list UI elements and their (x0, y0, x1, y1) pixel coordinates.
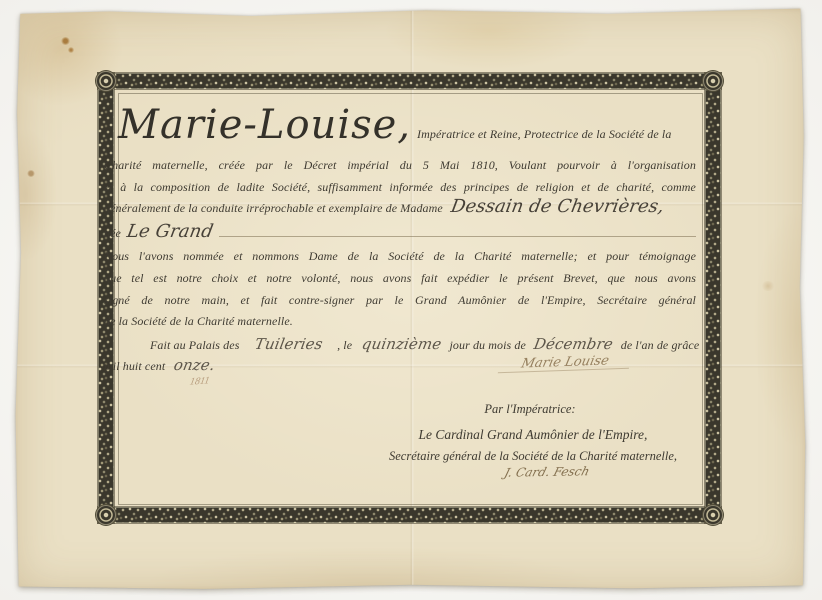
photo-surface: Marie-Louise,Impératrice et Reine, Prote… (0, 0, 822, 600)
recipient-name-handwritten: Dessain de Chevrières, (449, 199, 665, 215)
body-line-6: Nous l'avons nommée et nommons Dame de l… (104, 248, 696, 264)
countersign-line-2: Secrétaire général de la Société de la C… (363, 449, 703, 464)
countersign-heading: Par l'Impératrice: (410, 402, 650, 417)
month-handwritten: Décembre (533, 336, 615, 352)
body-line-3: et à la composition de ladite Société, s… (104, 179, 696, 195)
body-line-7: que tel est notre choix et notre volonté… (104, 270, 696, 286)
dateline-printed-4: de l'an de grâce (621, 337, 699, 353)
dateline-printed-1: Fait au Palais des (150, 337, 239, 353)
day-handwritten: quinzième (361, 336, 443, 352)
corner-rosette-top-right (703, 71, 723, 91)
body-line-5-printed: née (104, 225, 121, 241)
year-handwritten: onze. (173, 357, 217, 373)
parchment-wrap: Marie-Louise,Impératrice et Reine, Prote… (14, 8, 806, 590)
dateline-printed-2: , le (337, 337, 352, 353)
title-script-name: Marie-Louise, (118, 102, 411, 148)
body-line-5: née Le Grand (104, 223, 696, 241)
pencil-year-annotation: 1811 (189, 375, 211, 387)
body-line-9: de la Société de la Charité maternelle. (104, 313, 696, 329)
foxing-stain (761, 281, 775, 291)
blank-rule (219, 223, 696, 237)
corner-rosette-bottom-left (96, 505, 116, 525)
title-line: Marie-Louise,Impératrice et Reine, Prote… (118, 102, 698, 148)
body-line-4: généralement de la conduite irréprochabl… (104, 199, 696, 216)
parchment-sheet: Marie-Louise,Impératrice et Reine, Prote… (14, 8, 806, 590)
body-line-8: signé de notre main, et fait contre-sign… (104, 292, 696, 308)
foxing-stain (27, 170, 35, 177)
dateline-printed-3: jour du mois de (449, 337, 526, 353)
palace-handwritten: Tuileries (254, 336, 324, 352)
border-band-top (98, 73, 721, 89)
body-line-2: Charité maternelle, créée par le Décret … (104, 157, 696, 173)
border-band-right (705, 73, 721, 523)
corner-rosette-top-left (96, 71, 116, 91)
title-rest-text: Impératrice et Reine, Protectrice de la … (417, 127, 671, 141)
border-band-bottom (98, 507, 721, 523)
year-printed: mil huit cent (104, 359, 165, 373)
cardinal-signature: J. Card. Fesch (485, 464, 609, 480)
dateline: Fait au Palais des Tuileries , le quinzi… (150, 336, 696, 353)
corner-rosette-bottom-right (703, 505, 723, 525)
foxing-stain (61, 37, 70, 45)
body-line-4-printed: généralement de la conduite irréprochabl… (104, 200, 443, 216)
foxing-stain (68, 47, 74, 53)
maiden-name-handwritten: Le Grand (126, 224, 215, 240)
countersign-line-1: Le Cardinal Grand Aumônier de l'Empire, (363, 427, 703, 443)
